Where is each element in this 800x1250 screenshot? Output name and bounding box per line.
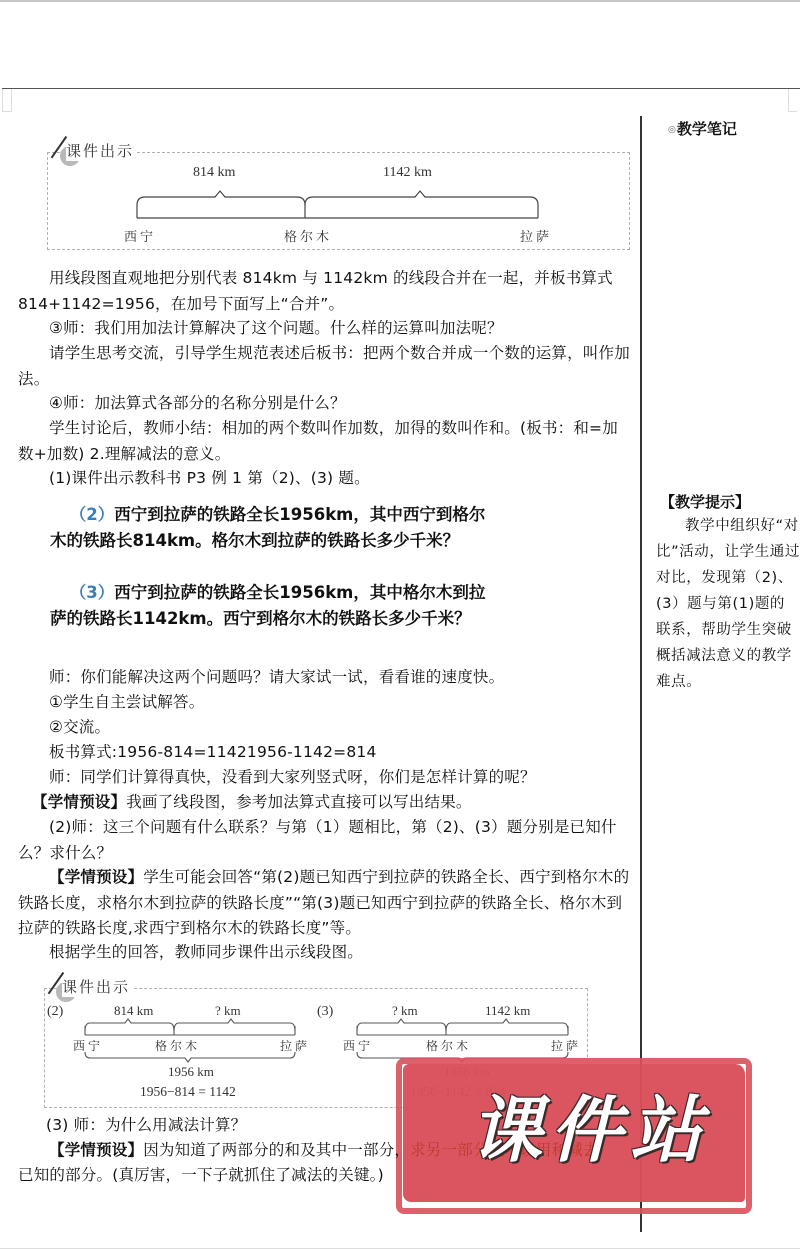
diagram-2-total: 1956 km [168,1064,214,1080]
diagram-2-place-lhasa: 拉萨 [280,1037,310,1054]
page-bottom-edge [0,1248,800,1249]
preset-text-3a: 因为知道了两部分的和及其中一部分， [143,1141,410,1159]
diagram-3-label-left: ? km [392,1003,418,1019]
watermark-text: 课件站 [440,1085,740,1175]
preset-tag-3: 【学情预设】 [49,1141,143,1159]
diagram-3-place-lhasa: 拉萨 [551,1037,581,1054]
diagram-2-label-right: ? km [215,1003,241,1019]
diagram-3-place-xining: 西宁 [343,1037,373,1054]
diagram-2-equation: 1956−814 = 1142 [140,1084,236,1100]
line-segment-diagram-2-3 [0,0,800,1120]
diagram-3-label-right: 1142 km [485,1003,530,1019]
diagram-2-place-xining: 西宁 [73,1037,103,1054]
diagram-2-label-left: 814 km [114,1003,153,1019]
diagram-2-number: (2) [47,1004,63,1020]
diagram-3-number: (3) [317,1004,333,1020]
diagram-2-place-golmud: 格尔木 [155,1037,200,1054]
diagram-3-place-golmud: 格尔木 [426,1037,471,1054]
